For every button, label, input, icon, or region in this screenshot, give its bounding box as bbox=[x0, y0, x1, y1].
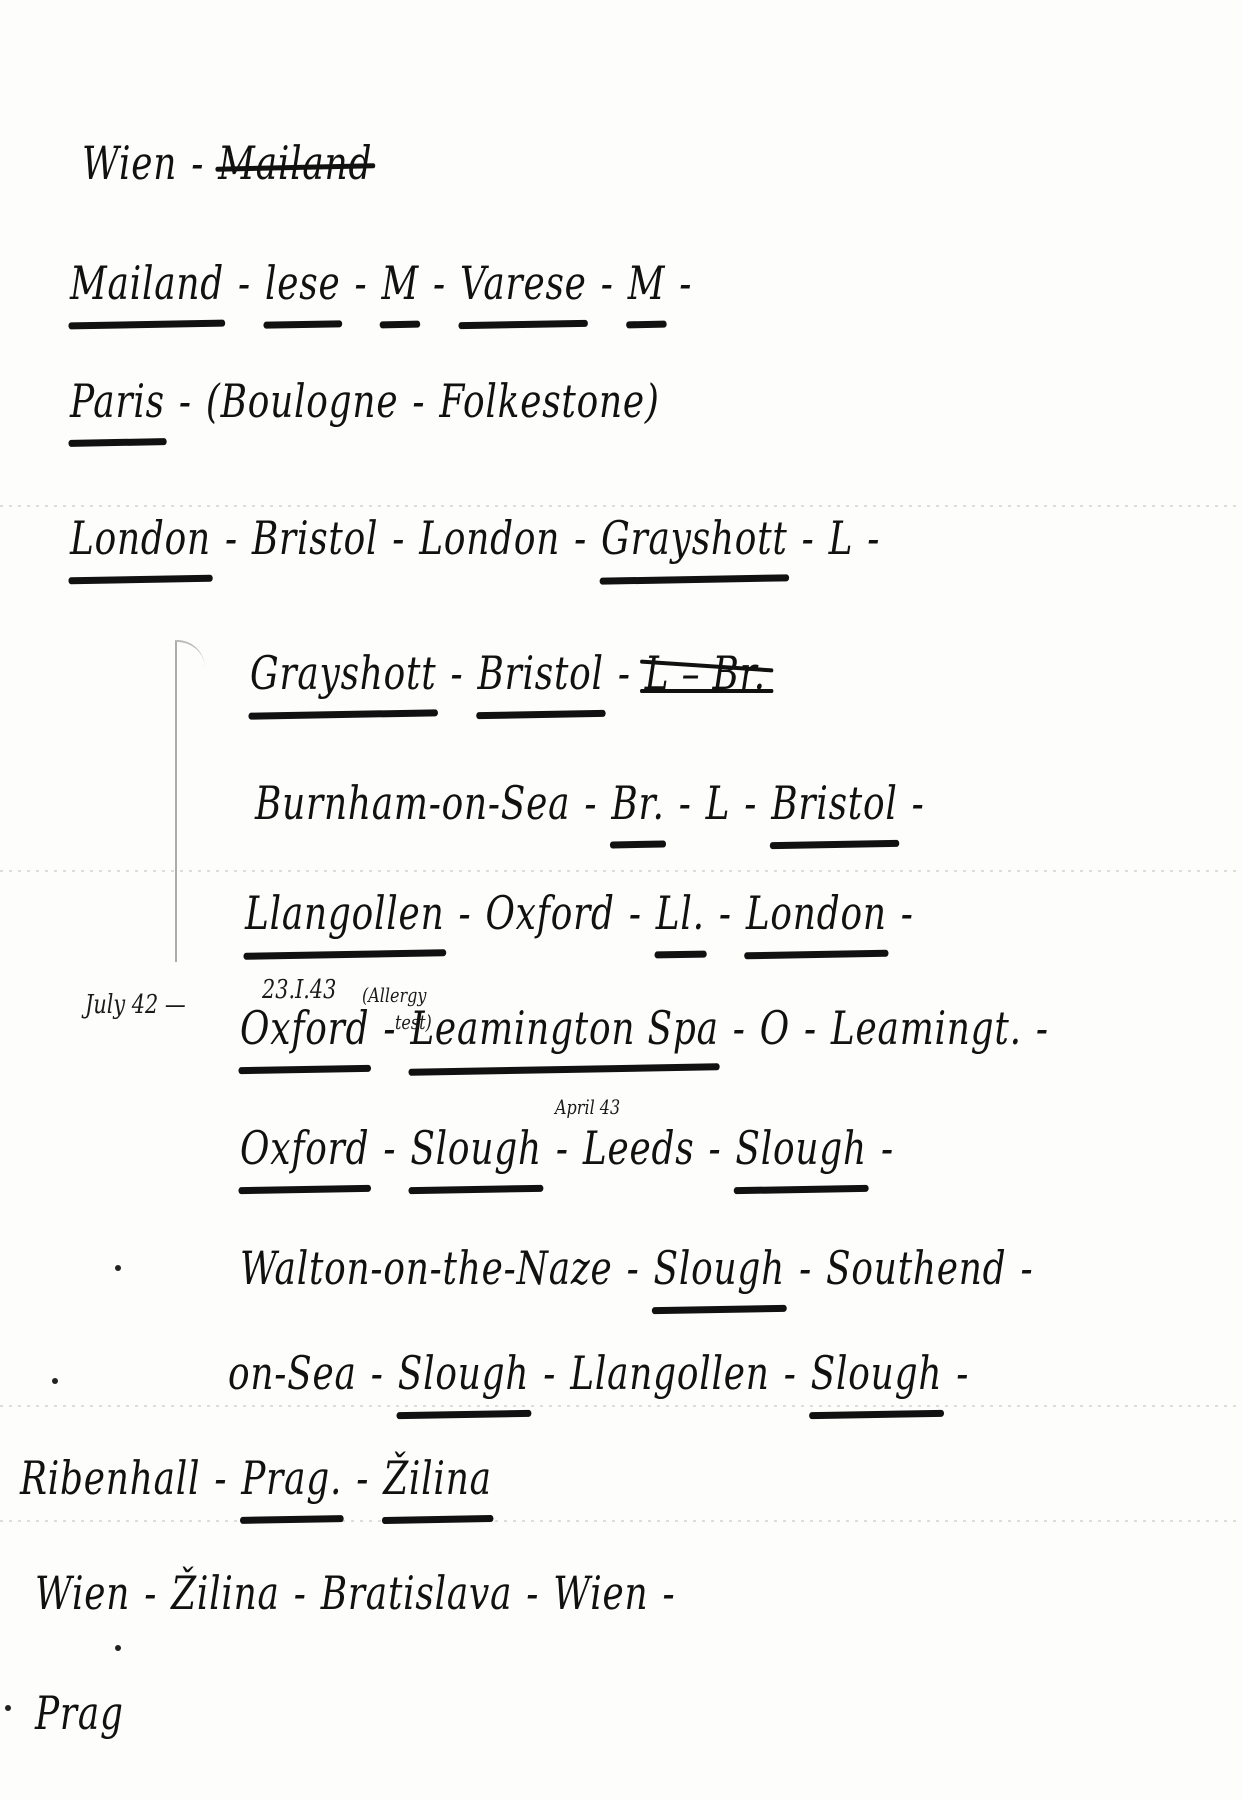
dash-separator: - bbox=[584, 780, 597, 826]
place-name: Leeds bbox=[583, 1125, 695, 1171]
itinerary-line: Mailand-lese-M-Varese-M- bbox=[70, 260, 706, 306]
dash-separator: - bbox=[526, 1570, 539, 1616]
ink-dot bbox=[52, 1378, 58, 1384]
dash-separator: - bbox=[784, 1350, 797, 1396]
place-name: Paris bbox=[70, 378, 165, 424]
dash-separator: - bbox=[214, 1455, 227, 1501]
place-name: Leamington Spa bbox=[410, 1005, 718, 1051]
dash-separator: - bbox=[708, 1125, 721, 1171]
itinerary-line: Wien-Mailand bbox=[82, 140, 372, 186]
place-name: Leamingt. bbox=[831, 1005, 1022, 1051]
dash-separator: - bbox=[392, 515, 405, 561]
dash-separator: - bbox=[450, 650, 463, 696]
place-name: L – Br. bbox=[645, 650, 766, 696]
place-name: O bbox=[760, 1005, 790, 1051]
dash-separator: - bbox=[412, 378, 425, 424]
ink-dot bbox=[115, 1265, 121, 1271]
dash-separator: - bbox=[804, 1005, 817, 1051]
annotation-july: July 42 — bbox=[85, 990, 186, 1020]
place-name: Burnham-on-Sea bbox=[255, 780, 570, 826]
dash-separator: - bbox=[355, 260, 368, 306]
place-name: Folkestone) bbox=[439, 378, 659, 424]
place-name: Prag bbox=[35, 1690, 124, 1736]
itinerary-line: London-Bristol-London-Grayshott-L- bbox=[70, 515, 894, 561]
itinerary-line: Wien-Žilina-Bratislava-Wien- bbox=[35, 1570, 689, 1616]
dash-separator: - bbox=[719, 890, 732, 936]
itinerary-line: Burnham-on-Sea-Br.-L-Bristol- bbox=[255, 780, 939, 826]
dash-separator: - bbox=[356, 1455, 369, 1501]
dash-separator: - bbox=[629, 890, 642, 936]
dash-separator: - bbox=[618, 650, 631, 696]
itinerary-line: Paris-(Boulogne-Folkestone) bbox=[70, 378, 660, 424]
itinerary-line: Oxford-Slough-Leeds-Slough- bbox=[240, 1125, 908, 1171]
annotation-april: April 43 bbox=[555, 1095, 620, 1119]
handwritten-page: Wien-Mailand Mailand-lese-M-Varese-M- Pa… bbox=[0, 0, 1242, 1800]
place-name: London bbox=[70, 515, 211, 561]
place-name: Žilina bbox=[171, 1570, 280, 1616]
dash-separator: - bbox=[679, 260, 692, 306]
place-name: London bbox=[419, 515, 560, 561]
place-name: Slough bbox=[398, 1350, 530, 1396]
dash-separator: - bbox=[956, 1350, 969, 1396]
place-name: M bbox=[381, 260, 419, 306]
dash-separator: - bbox=[543, 1350, 556, 1396]
dash-separator: - bbox=[225, 515, 238, 561]
place-name: Slough bbox=[811, 1350, 943, 1396]
dash-separator: - bbox=[881, 1125, 894, 1171]
dash-separator: - bbox=[371, 1350, 384, 1396]
dash-separator: - bbox=[867, 515, 880, 561]
annotation-test: test) bbox=[395, 1010, 432, 1034]
place-name: on-Sea bbox=[228, 1350, 357, 1396]
place-name: Wien bbox=[82, 140, 177, 186]
itinerary-line: Walton-on-the-Naze-Slough-Southend- bbox=[240, 1245, 1047, 1291]
itinerary-line: Ribenhall-Prag.-Žilina bbox=[20, 1455, 492, 1501]
dash-separator: - bbox=[179, 378, 192, 424]
place-name: (Boulogne bbox=[206, 378, 398, 424]
scan-artifact-line bbox=[0, 505, 1242, 507]
place-name: Bristol bbox=[252, 515, 378, 561]
dash-separator: - bbox=[383, 1125, 396, 1171]
itinerary-line: Llangollen-Oxford-Ll.-London- bbox=[245, 890, 928, 936]
itinerary-line: Prag bbox=[35, 1690, 124, 1736]
place-name: lese bbox=[265, 260, 340, 306]
place-name: London bbox=[746, 890, 887, 936]
place-name: Br. bbox=[611, 780, 664, 826]
dash-separator: - bbox=[459, 890, 472, 936]
place-name: Varese bbox=[460, 260, 587, 306]
place-name: Grayshott bbox=[601, 515, 787, 561]
place-name: Prag. bbox=[241, 1455, 342, 1501]
dash-separator: - bbox=[627, 1245, 640, 1291]
place-name: Ll. bbox=[656, 890, 705, 936]
place-name: L bbox=[706, 780, 731, 826]
dash-separator: - bbox=[901, 890, 914, 936]
dash-separator: - bbox=[556, 1125, 569, 1171]
dash-separator: - bbox=[574, 515, 587, 561]
place-name: Bratislava bbox=[321, 1570, 513, 1616]
dash-separator: - bbox=[733, 1005, 746, 1051]
dash-separator: - bbox=[802, 515, 815, 561]
place-name: Walton-on-the-Naze bbox=[240, 1245, 613, 1291]
itinerary-line: Grayshott-Bristol-L – Br. bbox=[250, 650, 766, 696]
dash-separator: - bbox=[679, 780, 692, 826]
place-name: Wien bbox=[553, 1570, 648, 1616]
dash-separator: - bbox=[433, 260, 446, 306]
place-name: Llangollen bbox=[245, 890, 444, 936]
dash-separator: - bbox=[799, 1245, 812, 1291]
place-name: Mailand bbox=[218, 140, 372, 186]
dash-separator: - bbox=[238, 260, 251, 306]
place-name: L bbox=[829, 515, 854, 561]
place-name: Oxford bbox=[485, 890, 614, 936]
dash-separator: - bbox=[912, 780, 925, 826]
annotation-allergy: (Allergy bbox=[362, 983, 426, 1007]
place-name: Slough bbox=[735, 1125, 867, 1171]
ink-dot bbox=[115, 1645, 121, 1651]
dash-separator: - bbox=[144, 1570, 157, 1616]
place-name: Ribenhall bbox=[20, 1455, 200, 1501]
dash-separator: - bbox=[1036, 1005, 1049, 1051]
annotation-date: 23.I.43 bbox=[262, 975, 336, 1005]
dash-separator: - bbox=[601, 260, 614, 306]
place-name: Žilina bbox=[383, 1455, 492, 1501]
place-name: Southend bbox=[826, 1245, 1006, 1291]
dash-separator: - bbox=[191, 140, 204, 186]
ink-dot bbox=[5, 1705, 11, 1711]
place-name: Bristol bbox=[771, 780, 897, 826]
place-name: Grayshott bbox=[250, 650, 436, 696]
place-name: Slough bbox=[654, 1245, 786, 1291]
margin-bracket bbox=[175, 640, 205, 962]
place-name: Slough bbox=[410, 1125, 542, 1171]
dash-separator: - bbox=[662, 1570, 675, 1616]
place-name: Oxford bbox=[240, 1005, 369, 1051]
itinerary-line: on-Sea-Slough-Llangollen-Slough- bbox=[228, 1350, 983, 1396]
place-name: Wien bbox=[35, 1570, 130, 1616]
scan-artifact-line bbox=[0, 1520, 1242, 1522]
dash-separator: - bbox=[294, 1570, 307, 1616]
place-name: Mailand bbox=[70, 260, 224, 306]
place-name: M bbox=[628, 260, 666, 306]
place-name: Bristol bbox=[477, 650, 603, 696]
dash-separator: - bbox=[744, 780, 757, 826]
place-name: Llangollen bbox=[570, 1350, 769, 1396]
dash-separator: - bbox=[1020, 1245, 1033, 1291]
place-name: Oxford bbox=[240, 1125, 369, 1171]
scan-artifact-line bbox=[0, 1405, 1242, 1407]
itinerary-line: Oxford-Leamington Spa-O-Leamingt.- bbox=[240, 1005, 1063, 1051]
